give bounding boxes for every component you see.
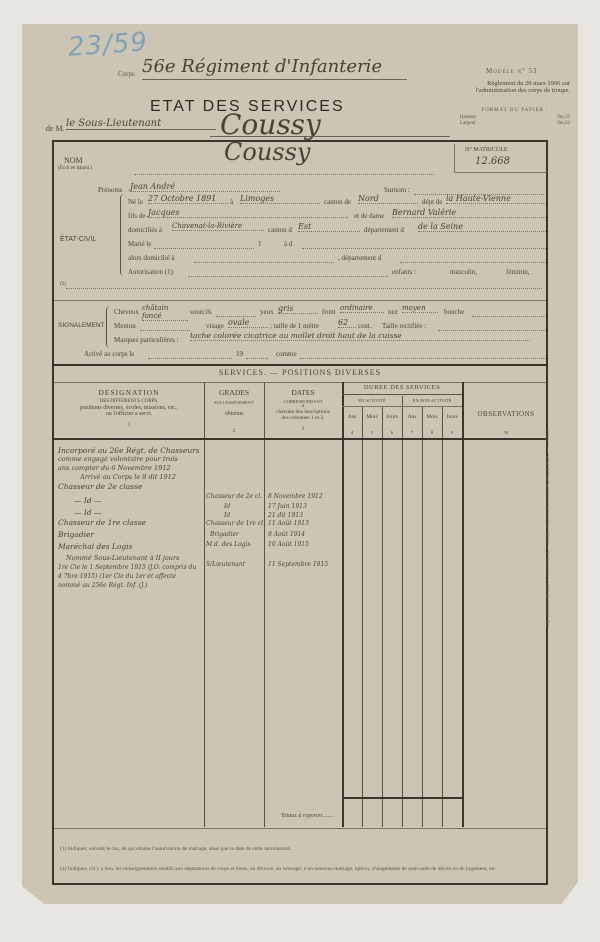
comme-label: comme	[276, 350, 297, 358]
nez-value: moyen	[402, 304, 438, 313]
cheveux-label: Cheveux	[114, 308, 139, 316]
signalement-label: SIGNALEMENT	[58, 322, 105, 329]
matricule-label: N° MATRICULE	[465, 147, 508, 153]
autorisation-field	[188, 268, 388, 277]
designation-entry: 4 7bre 1915) (1er Cie du 1er et affecté	[58, 572, 176, 581]
dept-value: la Haute-Vienne	[446, 194, 546, 204]
feminin-label: féminin,	[506, 268, 530, 276]
mois-1: Mois	[362, 414, 382, 420]
col-divider-observations	[462, 382, 464, 827]
col-divider-dates	[264, 382, 265, 827]
divider-services	[54, 364, 546, 366]
departement2-label: , département d	[338, 254, 381, 262]
departement2-field	[400, 254, 546, 263]
bouche-label: bouche	[444, 308, 464, 316]
front-label: front	[322, 308, 336, 316]
form-model-number: Modèle n° 53	[486, 67, 538, 75]
non-activite-label: EN NON ACTIVITÉ	[402, 398, 462, 403]
date-entry: 8 Novembre 1912	[268, 492, 323, 501]
footnote-1: (1) Indiquer, suivant le cas, de qui éma…	[60, 846, 540, 853]
matricule-value: 12.668	[475, 156, 510, 167]
regulation-note: Règlement du 20 mars 1906 sur l'administ…	[460, 80, 570, 94]
col-divider-mois1	[362, 406, 363, 827]
date-entry: 17 Juin 1913	[268, 502, 307, 511]
etat-civil-label: ÉTAT-CIVIL	[60, 236, 96, 243]
observations-title: OBSERVATIONS	[462, 410, 550, 418]
designation-title: DESIGNATION	[54, 388, 204, 397]
largeur-label: Largeur	[460, 121, 476, 128]
comme-field	[300, 350, 546, 359]
grade-entry: S/Lieutenant	[206, 560, 245, 569]
canton-label: canton de	[324, 198, 351, 206]
dates-sub4: des colonnes 1 et 2.	[264, 415, 342, 421]
domicile-value: Chavenat-la-Rivière	[172, 222, 264, 231]
corps-value: 56e Régiment d'Infanterie	[142, 56, 407, 80]
prenoms-label: Prénoms	[98, 186, 123, 194]
prenoms-value: Jean André	[130, 182, 280, 192]
activite-divider	[342, 406, 462, 407]
matricule-box: N° MATRICULE 12.668	[454, 144, 547, 173]
designation-entry: 1re Cie le 1 Septembre 1915 (J.O. compri…	[58, 563, 196, 572]
etat-civil-brace	[120, 194, 124, 276]
col-divider-mois2	[422, 406, 423, 827]
taille-value: 62	[338, 318, 356, 328]
col-divider-duree	[342, 382, 344, 827]
sourcils-label: sourcils	[190, 308, 212, 316]
main-frame: NOM (Écrit en bâtard.) Coussy N° MATRICU…	[52, 140, 548, 885]
num-8: 8	[422, 430, 442, 435]
taille-unit: cent.	[358, 322, 371, 330]
col-divider-jours1	[382, 406, 383, 827]
grades-num: 2	[204, 429, 264, 434]
de-label: de M.	[46, 124, 65, 133]
designation-entry: ans compter du 6 Novembre 1912	[58, 464, 171, 473]
footnote-2: (2) Indiquer, s'il y a lieu, les renseig…	[60, 866, 540, 873]
date-entry: 9 Août 1914	[268, 530, 305, 539]
col-divider-grades	[204, 382, 205, 827]
menton-field	[140, 322, 190, 331]
corps-label: Corps	[118, 70, 135, 78]
dates-num: 3	[264, 427, 342, 432]
observations-num: 10	[462, 430, 550, 435]
nom-label: NOM	[64, 156, 83, 165]
taille-rectifiee-field	[438, 322, 546, 331]
designation-entry: Maréchal des Logis	[58, 542, 132, 551]
designation-entry: comme engagé volontaire pour trois	[58, 455, 178, 464]
designation-entry: Incorporé au 26e Régt. de Chasseurs	[58, 446, 200, 455]
grades-header: GRADES SUCCESSIVEMENT obtenus 2	[204, 388, 264, 434]
marie-year-label: 1	[258, 240, 262, 248]
marie-date-field	[154, 240, 254, 249]
totals-rule	[342, 797, 462, 799]
arrive-label: Arrivé au corps le	[84, 350, 134, 358]
jours-2: Jours	[442, 414, 462, 420]
en-activite-label: EN ACTIVITÉ	[342, 398, 402, 403]
designation-entry: — Id —	[74, 508, 102, 517]
nom-sublabel: (Écrit en bâtard.)	[58, 166, 92, 171]
canton2-label: canton d	[268, 226, 292, 234]
officer-rank: le Sous-Lieutenant	[66, 118, 216, 130]
canton2-value: Est	[298, 222, 360, 232]
designation-entry: nommé au 256e Régt. Inf. (J.)	[58, 581, 147, 590]
yeux-value: gris	[278, 304, 318, 314]
note2-marker: (2)	[60, 282, 66, 287]
footnote-divider	[54, 828, 546, 829]
father-name: Jacques	[148, 208, 348, 218]
arrive-date-field	[148, 350, 232, 359]
grade-entry: Chasseur de 1re cl.	[206, 519, 265, 528]
canton-value: Nord	[358, 194, 418, 204]
duree-divider	[342, 394, 462, 395]
date-entry: 11 Août 1913	[268, 519, 309, 528]
fils-label: fils de	[128, 212, 145, 220]
arrive-year: 19	[236, 350, 243, 358]
grade-entry: Brigadier	[210, 530, 239, 539]
bouche-field	[472, 308, 546, 317]
dept-label: dépt de	[422, 198, 442, 206]
note2-line	[66, 288, 542, 289]
alors-label: alors domicilié à	[128, 254, 175, 262]
sourcils-field	[216, 308, 256, 317]
yeux-label: yeux	[260, 308, 274, 316]
surnom-label: Surnom :	[384, 186, 410, 194]
services-table: DESIGNATION DES DIFFÉRENTS CORPS, positi…	[54, 382, 546, 827]
services-title: SERVICES. — POSITIONS DIVERSES	[54, 368, 546, 377]
designation-header: DESIGNATION DES DIFFÉRENTS CORPS, positi…	[54, 388, 204, 428]
num-4: 4	[342, 430, 362, 435]
visage-value: ovale	[228, 318, 268, 328]
designation-entry: Nommé Sous-Lieutenant à II jours	[66, 554, 179, 563]
designation-num: 1	[54, 423, 204, 428]
num-5: 5	[362, 430, 382, 435]
paper-format-block: FORMAT DU PAPIER : Hauteur 0m,35 Largeur…	[460, 108, 570, 128]
marques-value: tache colorée cicatrice au mollet droit …	[190, 331, 530, 341]
grades-sub2: obtenus	[204, 411, 264, 417]
totals-label: Totaux à reporter........	[281, 813, 334, 819]
divider-signalement	[54, 300, 546, 301]
front-value: ordinaire	[340, 304, 384, 313]
ans-2: Ans	[402, 414, 422, 420]
marie-place-field	[302, 240, 546, 249]
designation-entry: Arrivé au Corps le 8 dit 1912	[80, 473, 176, 482]
marie-label: Marié le	[128, 240, 152, 248]
grade-entry: Id	[224, 502, 230, 511]
nom-value: Coussy	[224, 138, 310, 166]
col-divider-jours2	[442, 406, 443, 827]
mother-name: Bernard Valérie	[392, 208, 546, 218]
menton-label: Menton	[114, 322, 136, 330]
grade-entry: M.d. des Logis	[206, 540, 251, 549]
num-7: 7	[402, 430, 422, 435]
largeur-value: 0m,22	[557, 121, 570, 128]
mois-2: Mois	[422, 414, 442, 420]
ans-1: Ans	[342, 414, 362, 420]
ne-lieu-label: à	[230, 198, 233, 206]
header-bottom-rule	[54, 438, 546, 440]
printer-mark: Imp. Librairie Militaire Universelle, L.…	[546, 430, 551, 628]
birth-place: Limoges	[240, 194, 320, 204]
grade-entry: Chasseur de 2e cl.	[206, 492, 262, 501]
departement-value: de la Seine	[418, 222, 546, 232]
visage-label: visage	[206, 322, 224, 330]
signalement-brace	[106, 306, 110, 348]
date-entry: 11 Septembre 1915	[268, 560, 328, 569]
nom-line	[134, 174, 434, 175]
designation-entry: Chasseur de 1re classe	[58, 518, 146, 527]
taille-label: ; taille de 1 mètre	[270, 322, 319, 330]
autorisation-label: Autorisation (1)	[128, 268, 173, 276]
archive-number-stamp: 23/59	[67, 27, 149, 63]
taille-rectifiee-label: Taille rectifiée :	[382, 322, 426, 330]
designation-entry: Chasseur de 2e classe	[58, 482, 142, 491]
alors-field	[194, 254, 334, 263]
designation-entry: — Id —	[74, 496, 102, 505]
mere-label: et de dame	[354, 212, 384, 220]
marie-a-label: à d	[284, 240, 292, 248]
birth-date: 27 Octobre 1891	[148, 194, 228, 204]
marques-label: Marques particulières :	[114, 336, 179, 344]
arrive-year-field	[246, 350, 268, 359]
name-underline	[210, 136, 450, 137]
cheveux-value: châtain foncé	[142, 304, 188, 321]
grades-sub1: SUCCESSIVEMENT	[204, 400, 264, 405]
nez-label: nez	[388, 308, 398, 316]
enfants-label: enfants :	[392, 268, 416, 276]
grades-title: GRADES	[204, 388, 264, 397]
designation-entry: Brigadier	[58, 530, 94, 539]
num-9: 9	[442, 430, 462, 435]
date-entry: 10 Août 1915	[268, 540, 309, 549]
jours-1: Jours	[382, 414, 402, 420]
duree-title: DURÉE DES SERVICES	[342, 384, 462, 391]
col-divider-ans2	[402, 396, 403, 827]
designation-sub3: où l'officier a servi.	[54, 411, 204, 417]
dates-title: DATES	[264, 388, 342, 397]
designation-sub1: DES DIFFÉRENTS CORPS,	[54, 399, 204, 404]
domicilies-label: domiciliés à	[128, 226, 162, 234]
masculin-label: masculin,	[450, 268, 477, 276]
ne-label: Né le	[128, 198, 143, 206]
dates-header: DATES CORRESPONDANT à chacune des inscri…	[264, 388, 342, 432]
departement-label: département d	[364, 226, 404, 234]
num-6: 6	[382, 430, 402, 435]
